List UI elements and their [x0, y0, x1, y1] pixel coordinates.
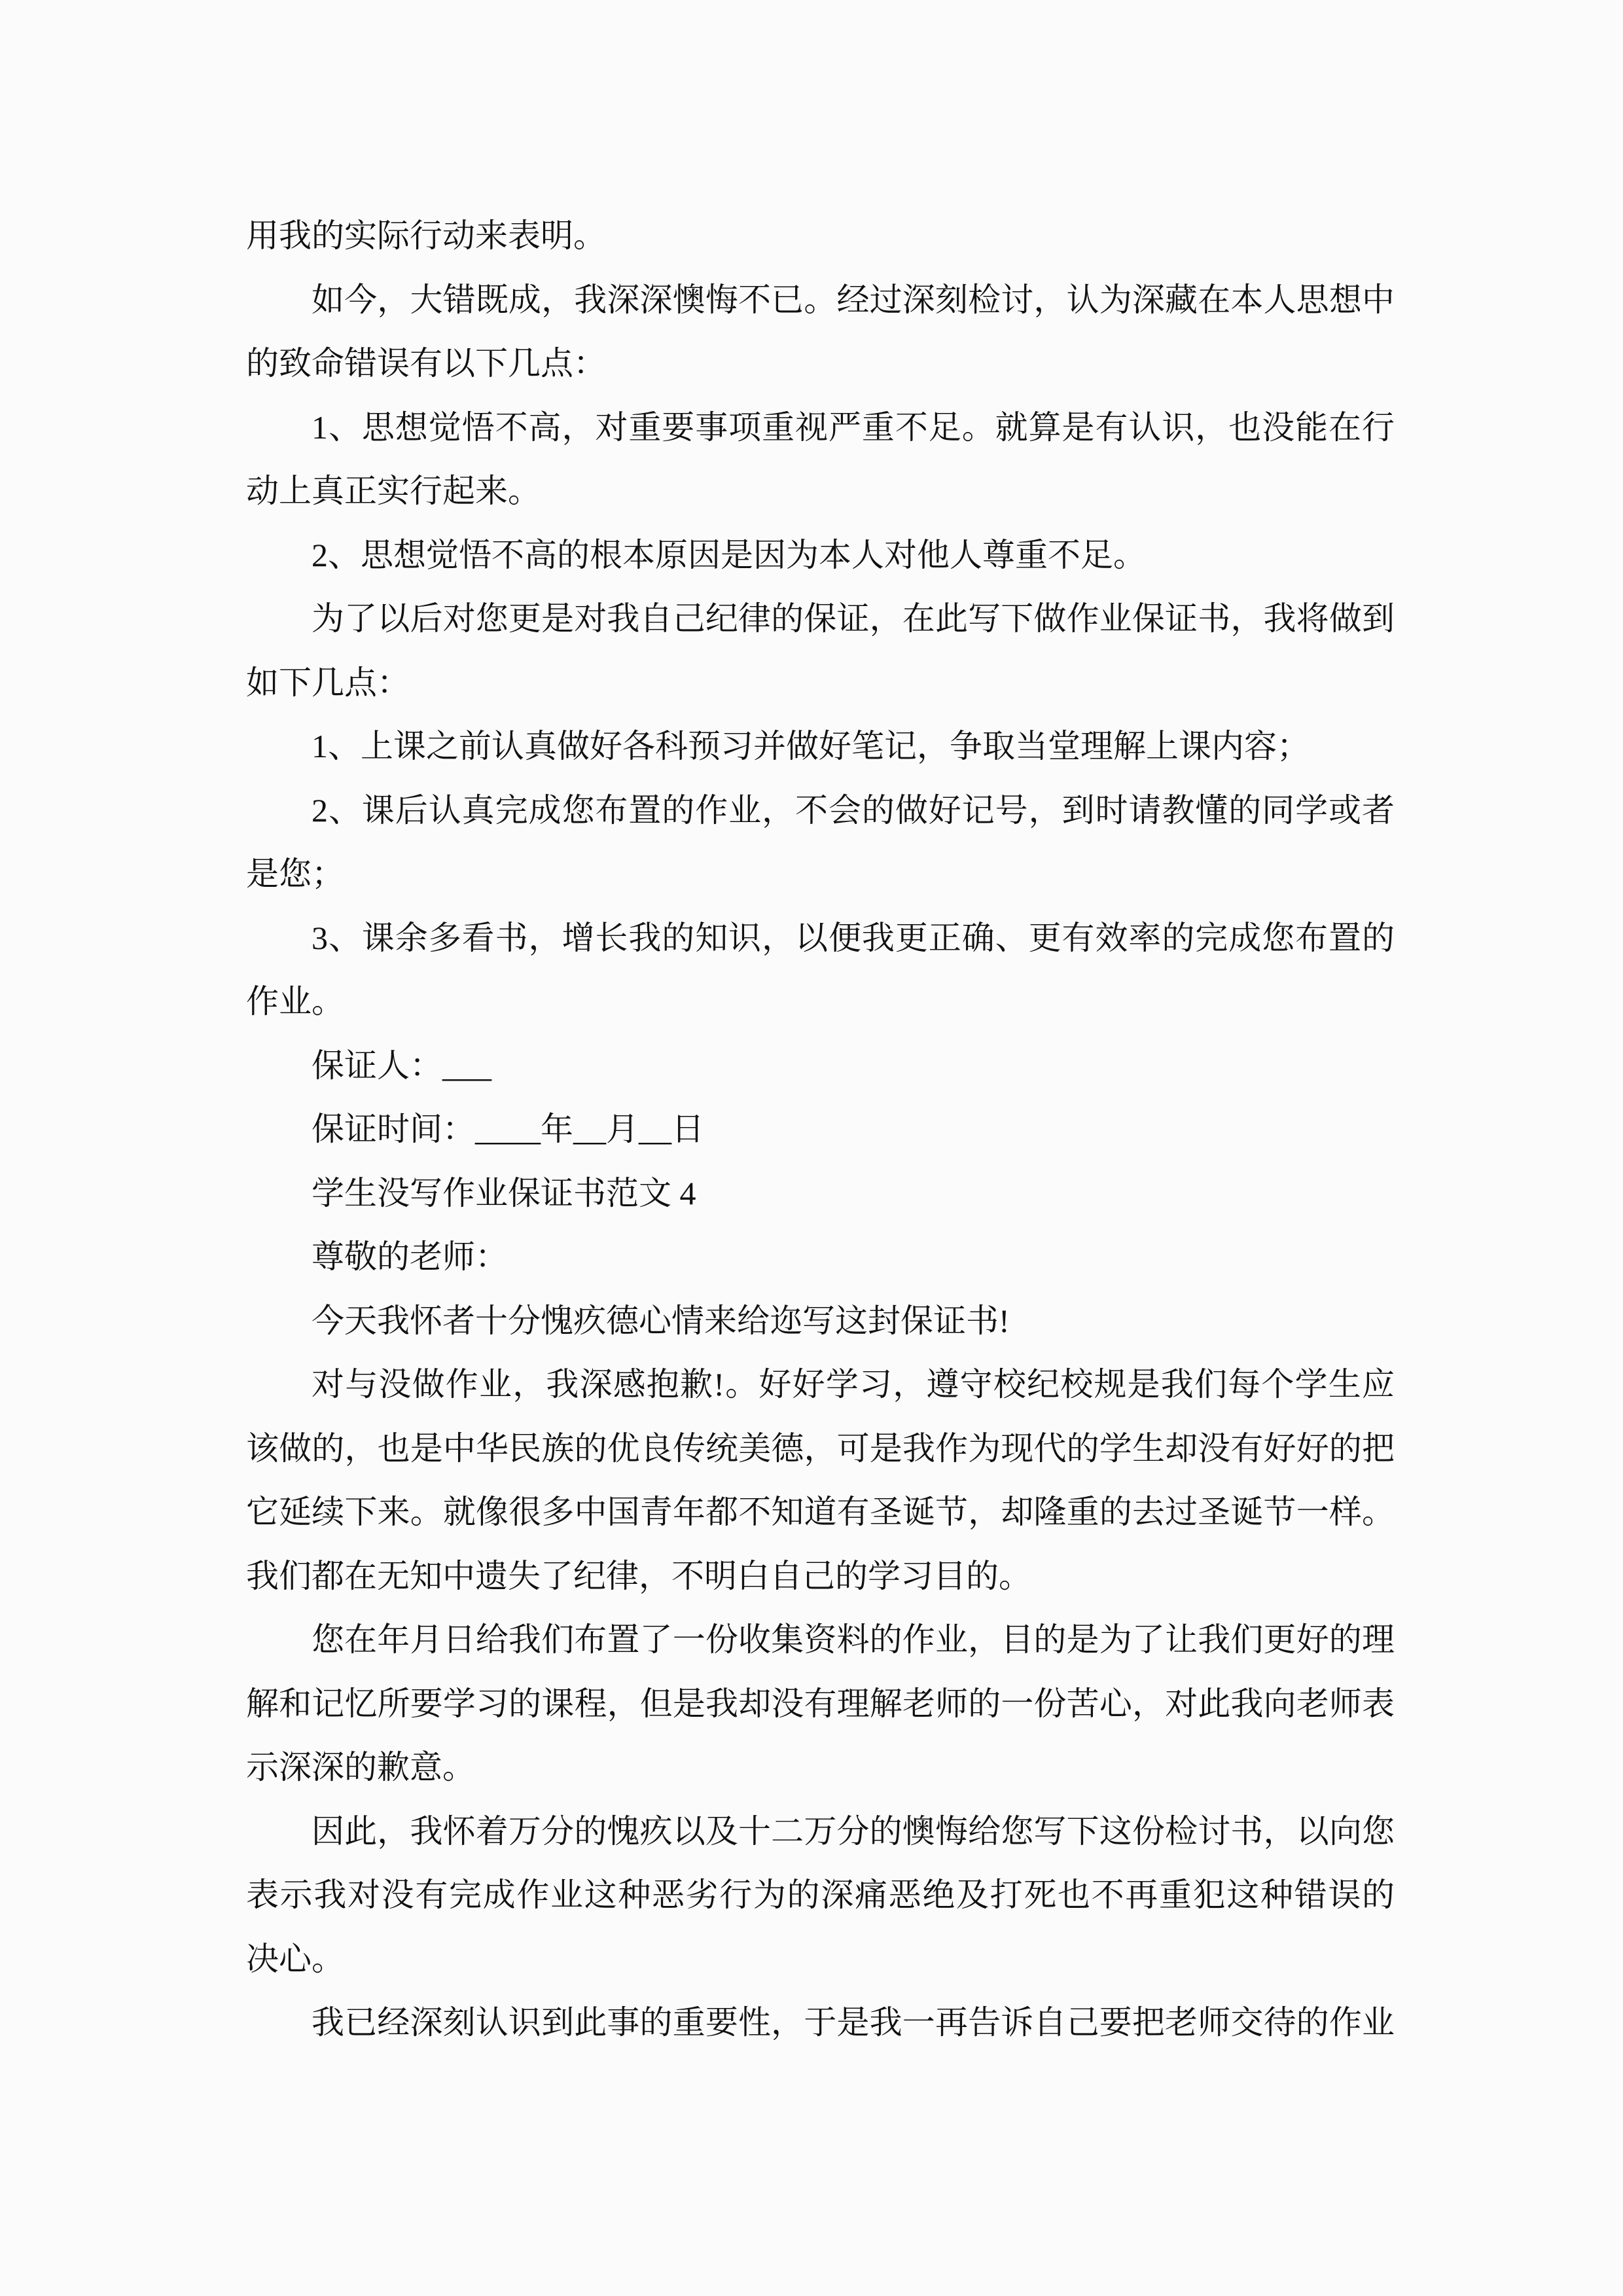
text-line: 它延续下来。就像很多中国青年都不知道有圣诞节，却隆重的去过圣诞节一样。	[246, 1480, 1395, 1545]
text-line: 作业。	[246, 970, 1395, 1034]
text-line: 对与没做作业，我深感抱歉!。好好学习，遵守校纪校规是我们每个学生应	[246, 1353, 1395, 1417]
text-line: 如下几点：	[246, 651, 1395, 715]
text-line: 动上真正实行起来。	[246, 459, 1395, 524]
text-line: 我们都在无知中遗失了纪律，不明白自己的学习目的。	[246, 1545, 1395, 1609]
text-line: 表示我对没有完成作业这种恶劣行为的深痛恶绝及打死也不再重犯这种错误的	[246, 1863, 1395, 1928]
text-line: 2、课后认真完成您布置的作业，不会的做好记号，到时请教懂的同学或者	[246, 779, 1395, 843]
text-line: 示深深的歉意。	[246, 1736, 1395, 1800]
text-line: 今天我怀者十分愧疚德心情来给迩写这封保证书!	[246, 1289, 1395, 1354]
text-line: 如今，大错既成，我深深懊悔不已。经过深刻检讨，认为深藏在本人思想中	[246, 268, 1395, 332]
text-line: 1、上课之前认真做好各科预习并做好笔记，争取当堂理解上课内容；	[246, 715, 1395, 779]
salutation-line: 尊敬的老师：	[246, 1225, 1395, 1289]
text-line: 是您；	[246, 842, 1395, 906]
text-line: 决心。	[246, 1928, 1395, 1992]
text-line: 用我的实际行动来表明。	[246, 204, 1395, 268]
text-line: 2、思想觉悟不高的根本原因是因为本人对他人尊重不足。	[246, 524, 1395, 588]
text-line: 1、思想觉悟不高，对重要事项重视严重不足。就算是有认识，也没能在行	[246, 396, 1395, 460]
text-line: 该做的，也是中华民族的优良传统美德，可是我作为现代的学生却没有好好的把	[246, 1417, 1395, 1481]
text-line: 我已经深刻认识到此事的重要性，于是我一再告诉自己要把老师交待的作业	[246, 1991, 1395, 2055]
text-block: 用我的实际行动来表明。 如今，大错既成，我深深懊悔不已。经过深刻检讨，认为深藏在…	[246, 204, 1395, 2055]
section-title: 学生没写作业保证书范文 4	[246, 1162, 1395, 1226]
document-page: 用我的实际行动来表明。 如今，大错既成，我深深懊悔不已。经过深刻检讨，认为深藏在…	[0, 0, 1623, 2296]
text-line: 的致命错误有以下几点：	[246, 332, 1395, 396]
text-line: 为了以后对您更是对我自己纪律的保证，在此写下做作业保证书，我将做到	[246, 587, 1395, 651]
text-line: 3、课余多看书，增长我的知识，以便我更正确、更有效率的完成您布置的	[246, 906, 1395, 971]
guarantee-date-line: 保证时间：____年__月__日	[246, 1098, 1395, 1162]
text-line: 解和记忆所要学习的课程，但是我却没有理解老师的一份苦心，对此我向老师表	[246, 1672, 1395, 1736]
text-line: 您在年月日给我们布置了一份收集资料的作业，目的是为了让我们更好的理	[246, 1608, 1395, 1672]
guarantor-signature-line: 保证人：___	[246, 1034, 1395, 1098]
text-line: 因此，我怀着万分的愧疚以及十二万分的懊悔给您写下这份检讨书，以向您	[246, 1800, 1395, 1864]
